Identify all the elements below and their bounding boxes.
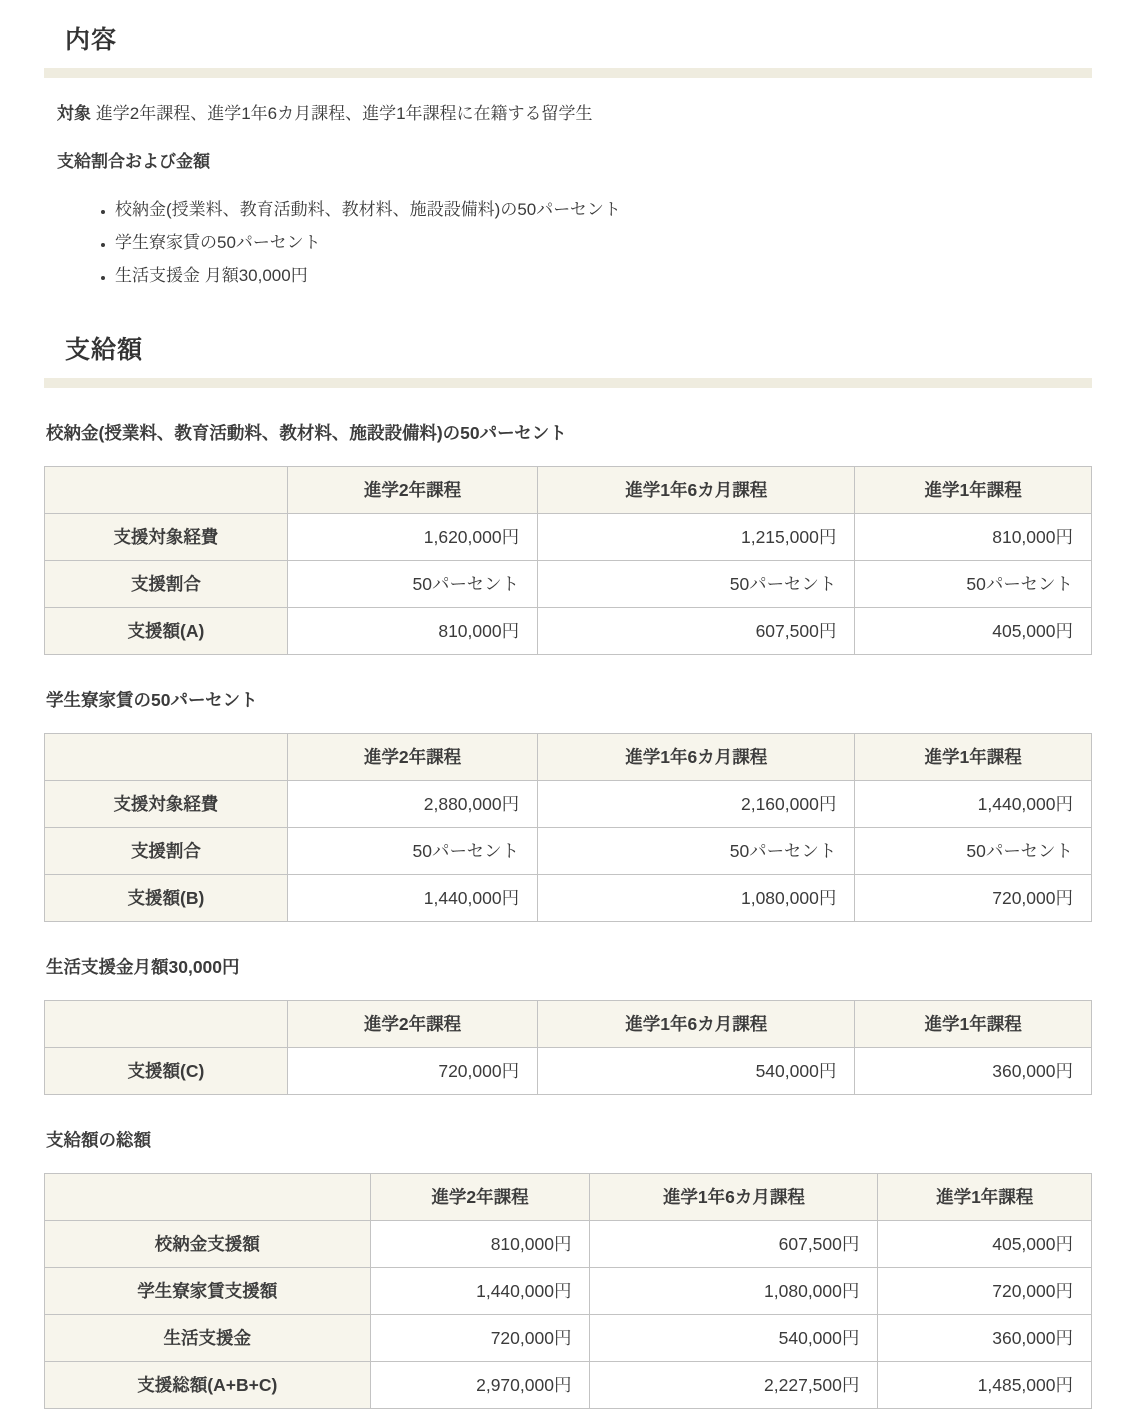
row-label: 支援対象経費 (45, 781, 288, 828)
amount-cell: 1,440,000円 (370, 1268, 590, 1315)
table-title-dormitory: 学生寮家賃の50パーセント (44, 687, 1092, 712)
amount-cell: 607,500円 (538, 608, 855, 655)
amount-cell: 810,000円 (287, 608, 537, 655)
row-label: 校納金支援額 (45, 1221, 371, 1268)
section-divider-bar (44, 68, 1092, 78)
table-row: 生活支援金 720,000円 540,000円 360,000円 (45, 1315, 1092, 1362)
row-label: 支援額(B) (45, 875, 288, 922)
amount-cell: 50パーセント (287, 828, 537, 875)
row-label: 支援総額(A+B+C) (45, 1362, 371, 1409)
target-label: 対象 (57, 104, 91, 123)
amount-cell: 50パーセント (538, 828, 855, 875)
amount-cell: 2,880,000円 (287, 781, 537, 828)
column-header: 進学1年課程 (855, 734, 1092, 781)
column-header: 進学2年課程 (370, 1174, 590, 1221)
row-label: 学生寮家賃支援額 (45, 1268, 371, 1315)
living-support-table: 進学2年課程 進学1年6カ月課程 進学1年課程 支援額(C) 720,000円 … (44, 1000, 1092, 1095)
list-item: 学生寮家賃の50パーセント (115, 232, 1092, 253)
list-item: 校納金(授業料、教育活動料、教材料、施設設備料)の50パーセント (115, 199, 1092, 220)
amount-cell: 405,000円 (855, 608, 1092, 655)
table-header-row: 進学2年課程 進学1年6カ月課程 進学1年課程 (45, 1001, 1092, 1048)
row-label: 支援割合 (45, 828, 288, 875)
row-label: 支援割合 (45, 561, 288, 608)
list-item: 生活支援金 月額30,000円 (115, 265, 1092, 286)
column-header: 進学1年課程 (855, 467, 1092, 514)
section-heading-content: 内容 (44, 20, 1092, 56)
payment-bullet-list: 校納金(授業料、教育活動料、教材料、施設設備料)の50パーセント 学生寮家賃の5… (57, 199, 1092, 286)
amount-cell: 50パーセント (287, 561, 537, 608)
table-row: 支援対象経費 2,880,000円 2,160,000円 1,440,000円 (45, 781, 1092, 828)
column-header: 進学1年6カ月課程 (538, 1001, 855, 1048)
column-header: 進学2年課程 (287, 1001, 537, 1048)
table-row: 支援額(C) 720,000円 540,000円 360,000円 (45, 1048, 1092, 1095)
amount-cell: 720,000円 (370, 1315, 590, 1362)
amount-cell: 360,000円 (855, 1048, 1092, 1095)
column-header: 進学1年6カ月課程 (590, 1174, 878, 1221)
amount-cell: 1,440,000円 (287, 875, 537, 922)
amount-cell: 1,620,000円 (287, 514, 537, 561)
table-row: 校納金支援額 810,000円 607,500円 405,000円 (45, 1221, 1092, 1268)
amount-cell: 720,000円 (878, 1268, 1092, 1315)
column-header: 進学1年6カ月課程 (538, 467, 855, 514)
table-title-tuition: 校納金(授業料、教育活動料、教材料、施設設備料)の50パーセント (44, 420, 1092, 445)
amount-cell: 1,440,000円 (855, 781, 1092, 828)
table-title-total: 支給額の総額 (44, 1127, 1092, 1152)
corner-cell (45, 734, 288, 781)
target-paragraph: 対象 進学2年課程、進学1年6カ月課程、進学1年課程に在籍する留学生 (57, 102, 1092, 126)
column-header: 進学2年課程 (287, 467, 537, 514)
amount-cell: 360,000円 (878, 1315, 1092, 1362)
section-divider-bar (44, 378, 1092, 388)
subheading-payment-ratio: 支給割合および金額 (57, 150, 1092, 174)
amount-cell: 50パーセント (538, 561, 855, 608)
amount-cell: 720,000円 (855, 875, 1092, 922)
table-header-row: 進学2年課程 進学1年6カ月課程 進学1年課程 (45, 467, 1092, 514)
page: 内容 対象 進学2年課程、進学1年6カ月課程、進学1年課程に在籍する留学生 支給… (0, 0, 1136, 1427)
dormitory-rent-support-table: 進学2年課程 進学1年6カ月課程 進学1年課程 支援対象経費 2,880,000… (44, 733, 1092, 922)
amount-cell: 2,970,000円 (370, 1362, 590, 1409)
table-row: 支援総額(A+B+C) 2,970,000円 2,227,500円 1,485,… (45, 1362, 1092, 1409)
table-header-row: 進学2年課程 進学1年6カ月課程 進学1年課程 (45, 734, 1092, 781)
table-row: 支援割合 50パーセント 50パーセント 50パーセント (45, 828, 1092, 875)
table-row: 支援額(A) 810,000円 607,500円 405,000円 (45, 608, 1092, 655)
column-header: 進学1年課程 (855, 1001, 1092, 1048)
table-row: 支援対象経費 1,620,000円 1,215,000円 810,000円 (45, 514, 1092, 561)
amount-cell: 2,227,500円 (590, 1362, 878, 1409)
column-header: 進学2年課程 (287, 734, 537, 781)
amount-cell: 50パーセント (855, 828, 1092, 875)
table-row: 支援額(B) 1,440,000円 1,080,000円 720,000円 (45, 875, 1092, 922)
amount-cell: 540,000円 (590, 1315, 878, 1362)
tuition-support-table: 進学2年課程 進学1年6カ月課程 進学1年課程 支援対象経費 1,620,000… (44, 466, 1092, 655)
amount-cell: 810,000円 (370, 1221, 590, 1268)
amount-cell: 1,080,000円 (590, 1268, 878, 1315)
amount-cell: 405,000円 (878, 1221, 1092, 1268)
section-heading-amounts: 支給額 (44, 330, 1092, 366)
table-row: 学生寮家賃支援額 1,440,000円 1,080,000円 720,000円 (45, 1268, 1092, 1315)
column-header: 進学1年6カ月課程 (538, 734, 855, 781)
corner-cell (45, 1174, 371, 1221)
amount-cell: 2,160,000円 (538, 781, 855, 828)
row-label: 支援額(C) (45, 1048, 288, 1095)
amount-cell: 810,000円 (855, 514, 1092, 561)
row-label: 支援額(A) (45, 608, 288, 655)
target-text: 進学2年課程、進学1年6カ月課程、進学1年課程に在籍する留学生 (96, 104, 593, 123)
table-row: 支援割合 50パーセント 50パーセント 50パーセント (45, 561, 1092, 608)
row-label: 生活支援金 (45, 1315, 371, 1362)
amount-cell: 607,500円 (590, 1221, 878, 1268)
corner-cell (45, 1001, 288, 1048)
amount-cell: 1,485,000円 (878, 1362, 1092, 1409)
table-title-living: 生活支援金月額30,000円 (44, 954, 1092, 979)
row-label: 支援対象経費 (45, 514, 288, 561)
content-block: 対象 進学2年課程、進学1年6カ月課程、進学1年課程に在籍する留学生 支給割合お… (44, 102, 1092, 286)
amount-cell: 720,000円 (287, 1048, 537, 1095)
corner-cell (45, 467, 288, 514)
amount-cell: 1,215,000円 (538, 514, 855, 561)
amount-cell: 50パーセント (855, 561, 1092, 608)
amount-cell: 540,000円 (538, 1048, 855, 1095)
table-header-row: 進学2年課程 進学1年6カ月課程 進学1年課程 (45, 1174, 1092, 1221)
amount-cell: 1,080,000円 (538, 875, 855, 922)
total-support-table: 進学2年課程 進学1年6カ月課程 進学1年課程 校納金支援額 810,000円 … (44, 1173, 1092, 1409)
column-header: 進学1年課程 (878, 1174, 1092, 1221)
